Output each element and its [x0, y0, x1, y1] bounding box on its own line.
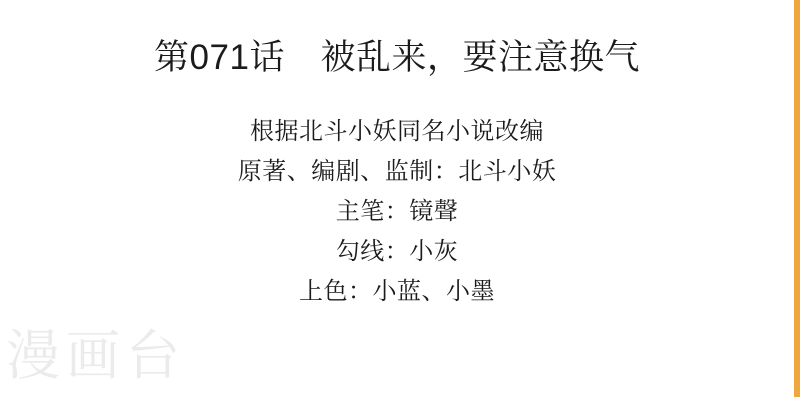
credit-line-adaptation: 根据北斗小妖同名小说改编: [0, 112, 794, 152]
manhuatai-watermark: 漫画台: [6, 327, 186, 385]
credit-line-coloring: 上色：小蓝、小墨: [0, 272, 794, 312]
chapter-title: 第071话 被乱来，要注意换气: [0, 38, 794, 78]
credit-line-lead-artist: 主笔：镜聲: [0, 192, 794, 232]
credits-block: 根据北斗小妖同名小说改编 原著、编剧、监制：北斗小妖 主笔：镜聲 勾线：小灰 上…: [0, 112, 794, 312]
credit-line-author: 原著、编剧、监制：北斗小妖: [0, 152, 794, 192]
right-edge-accent-strip: [794, 0, 800, 397]
credit-line-lineart: 勾线：小灰: [0, 232, 794, 272]
comic-title-page: 第071话 被乱来，要注意换气 根据北斗小妖同名小说改编 原著、编剧、监制：北斗…: [0, 0, 800, 397]
